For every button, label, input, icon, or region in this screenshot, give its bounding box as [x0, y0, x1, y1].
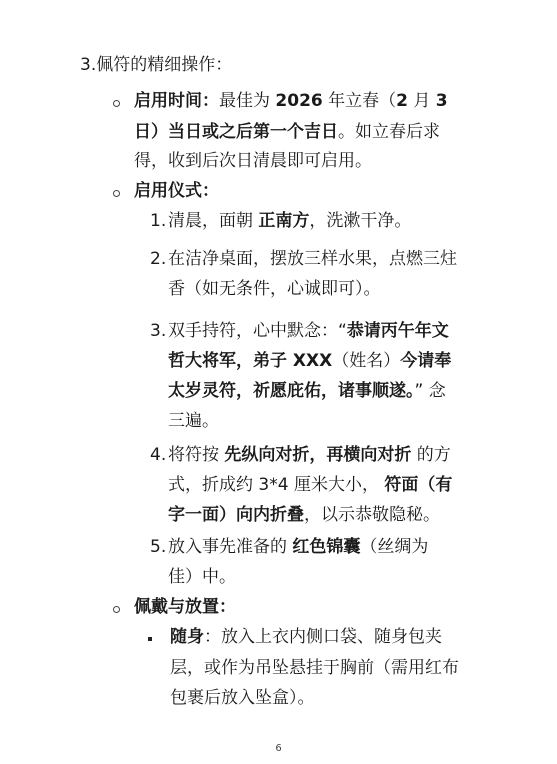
bold-text: 随身	[170, 627, 204, 647]
bold-text: 启用时间：	[134, 91, 219, 111]
step-line: 哲大将军，弟子 XXX（姓名）今请奉	[168, 346, 451, 376]
text: 三遍。	[168, 411, 219, 431]
text: 。如立春后求	[338, 122, 440, 142]
hollow-bullet-icon	[113, 100, 120, 107]
text: 香（如无条件，心诚即可）。	[168, 279, 381, 299]
bold-text: 哲大将军，弟子 XXX	[168, 351, 332, 371]
text: 的方	[411, 445, 450, 465]
text: 双手持符，心中默念：“	[168, 321, 347, 341]
step-line: 三遍。	[168, 406, 219, 436]
step-number: 1.	[150, 206, 166, 236]
text: 月	[408, 91, 436, 111]
item-line: 启用时间：最佳为 2026 年立春（2 月 3	[134, 86, 448, 116]
text: 得，收到后次日清晨即可启用。	[134, 151, 372, 171]
bold-text: 2026	[275, 91, 322, 111]
text: 放入事先准备的	[168, 537, 292, 557]
bold-text: 恭请丙午年文	[347, 321, 449, 341]
bold-text: 符面（有	[384, 475, 452, 495]
step-number: 5.	[150, 532, 166, 562]
bold-text: 正南方	[258, 211, 309, 231]
bold-text: 佩戴与放置：	[134, 597, 236, 617]
step-line: 将符按 先纵向对折，再横向对折 的方	[168, 440, 451, 470]
section-number: 3.	[80, 55, 96, 75]
step-line: 清晨，面朝 正南方，洗漱干净。	[168, 206, 411, 236]
step-line: 式，折成约 3*4 厘米大小， 符面（有	[168, 470, 452, 500]
bullet-line: 层，或作为吊坠悬挂于胸前（需用红布	[170, 653, 459, 683]
text: （丝绸为	[360, 537, 428, 557]
text: （姓名）	[332, 351, 400, 371]
bold-text: 日）当日或之后第一个吉日	[134, 122, 338, 142]
bullet-line: 随身：放入上衣内侧口袋、随身包夹	[170, 622, 442, 652]
text: 层，或作为吊坠悬挂于胸前（需用红布	[170, 658, 459, 678]
step-number: 4.	[150, 440, 166, 470]
step-line: 香（如无条件，心诚即可）。	[168, 274, 381, 304]
text: ” 念	[415, 381, 446, 401]
hollow-bullet-icon	[113, 606, 120, 613]
text: 包裹后放入坠盒）。	[170, 688, 315, 708]
bold-text: 2	[396, 91, 408, 111]
text: ，洗漱干净。	[309, 211, 411, 231]
section-heading: 3.佩符的精细操作：	[80, 50, 232, 80]
item-heading: 启用仪式：	[134, 176, 219, 206]
bullet-line: 包裹后放入坠盒）。	[170, 683, 315, 713]
bold-text: 先纵向对折，再横向对折	[224, 445, 411, 465]
step-line: 字一面）向内折叠，以示恭敬隐秘。	[168, 500, 440, 530]
text: 年立春（	[323, 91, 396, 111]
text: 在洁净桌面，摆放三样水果，点燃三炷	[168, 249, 457, 269]
step-number: 2.	[150, 244, 166, 274]
item-heading: 佩戴与放置：	[134, 592, 236, 622]
bold-text: 太岁灵符，祈愿庇佑，诸事顺遂。	[168, 381, 415, 401]
item-line: 得，收到后次日清晨即可启用。	[134, 146, 372, 176]
bold-text: 启用仪式：	[134, 181, 219, 201]
text: 清晨，面朝	[168, 211, 258, 231]
hollow-bullet-icon	[113, 190, 120, 197]
section-title: 佩符的精细操作：	[96, 55, 232, 75]
bold-text: 3	[436, 91, 448, 111]
step-line: 佳）中。	[168, 562, 236, 592]
step-line: 太岁灵符，祈愿庇佑，诸事顺遂。” 念	[168, 376, 446, 406]
step-line: 放入事先准备的 红色锦囊（丝绸为	[168, 532, 428, 562]
text: 佳）中。	[168, 567, 236, 587]
page-number: 6	[0, 743, 557, 754]
text: 将符按	[168, 445, 224, 465]
item-line: 日）当日或之后第一个吉日。如立春后求	[134, 117, 440, 147]
step-line: 双手持符，心中默念：“恭请丙午年文	[168, 316, 449, 346]
text: 式，折成约 3*4 厘米大小，	[168, 475, 384, 495]
bold-text: 红色锦囊	[292, 537, 360, 557]
bold-text: 字一面）向内折叠	[168, 505, 304, 525]
text: 最佳为	[219, 91, 275, 111]
text: ，以示恭敬隐秘。	[304, 505, 440, 525]
bold-text: 今请奉	[400, 351, 451, 371]
square-bullet-icon	[148, 637, 152, 641]
step-number: 3.	[150, 316, 166, 346]
text: ：放入上衣内侧口袋、随身包夹	[204, 627, 442, 647]
step-line: 在洁净桌面，摆放三样水果，点燃三炷	[168, 244, 457, 274]
document-page: 3.佩符的精细操作： 启用时间：最佳为 2026 年立春（2 月 3日）当日或之…	[0, 0, 557, 764]
